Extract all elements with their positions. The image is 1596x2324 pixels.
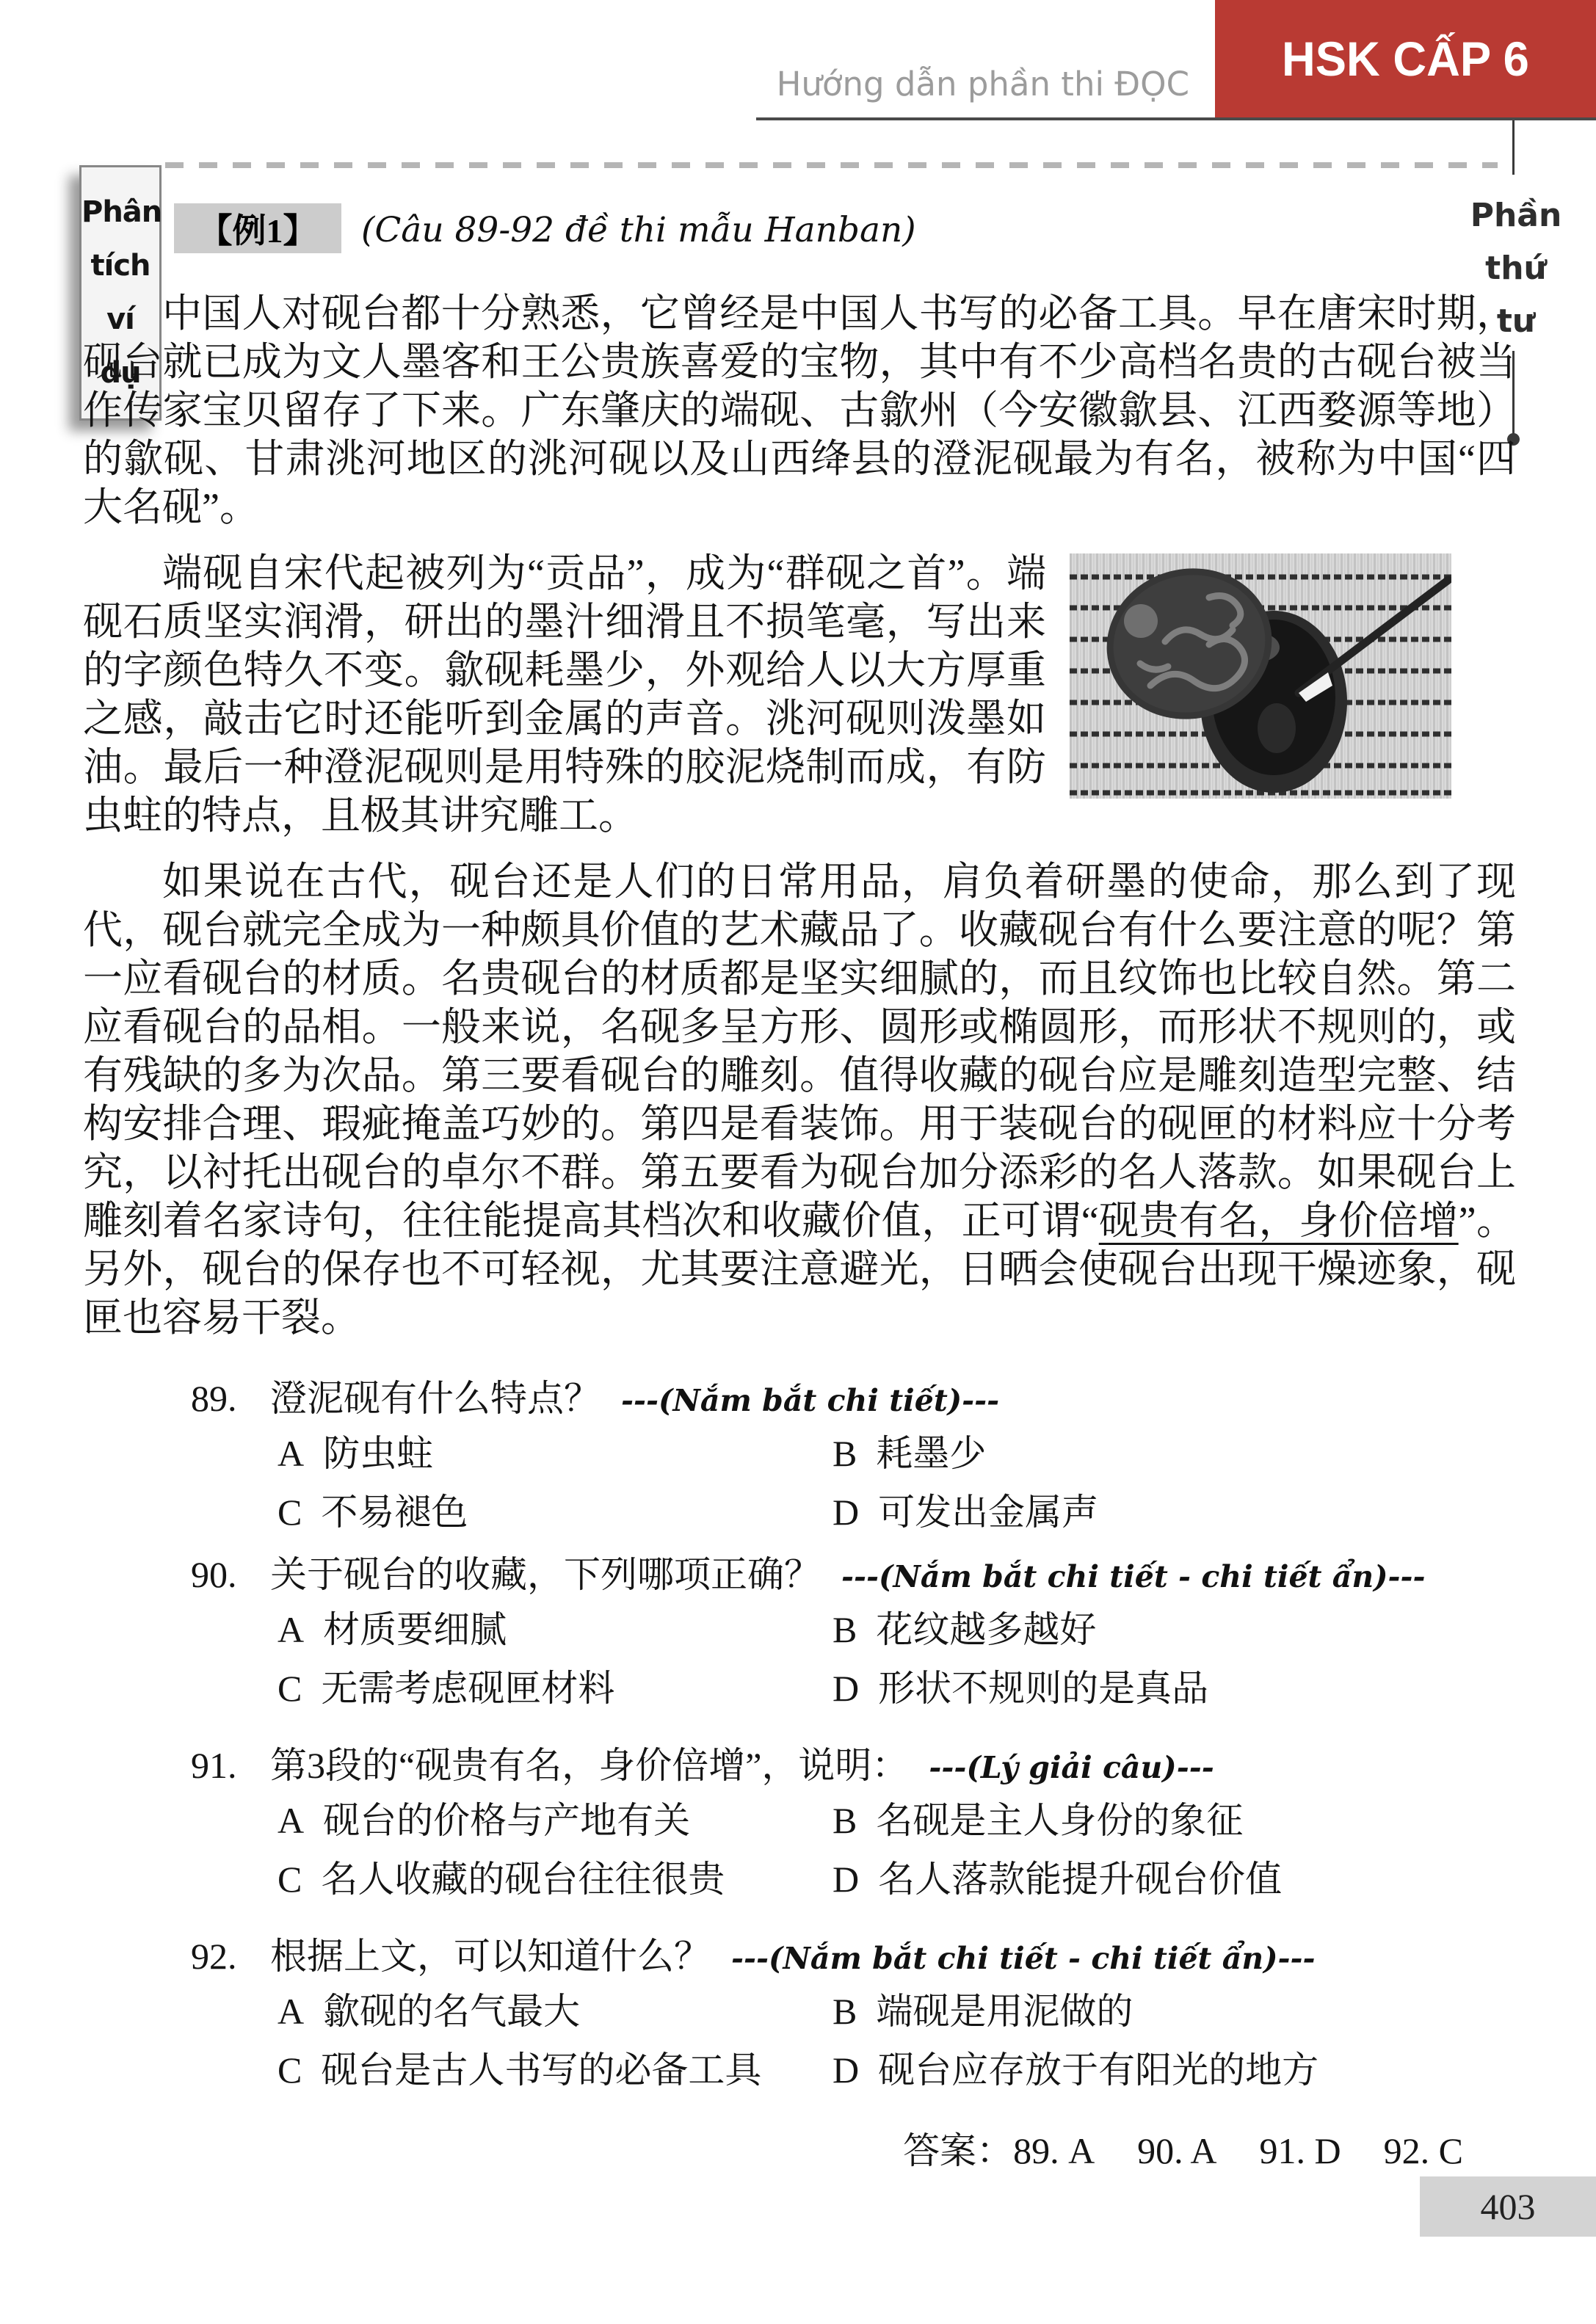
option-b: B名砚是主人身份的象征	[833, 1793, 1516, 1851]
option-label: D	[833, 1660, 859, 1716]
question-text: 澄泥砚有什么特点？	[270, 1378, 601, 1419]
option-text: 名砚是主人身份的象征	[876, 1800, 1243, 1841]
option-label: A	[278, 1983, 304, 2039]
passage-paragraph-3-text: 如果说在古代，砚台还是人们的日常用品，肩负着研墨的使命，那么到了现代，砚台就完全…	[83, 860, 1516, 1243]
option-label: C	[278, 1660, 302, 1716]
part-label-word: thứ	[1461, 242, 1571, 295]
example-source-note: (Câu 89-92 đề thi mẫu Hanban)	[361, 210, 916, 250]
option-b: B耗墨少	[833, 1426, 1516, 1484]
option-label: D	[833, 1851, 859, 1907]
question-text: 根据上文，可以知道什么？	[270, 1936, 711, 1977]
section-header-label: Hướng dẫn phần thi ĐỌC	[661, 65, 1189, 104]
question-header: 90.关于砚台的收藏，下列哪项正确？---(Nắm bắt chi tiết -…	[191, 1553, 1426, 1598]
question-options: A防虫蛀 B耗墨少 C不易褪色 D可发出金属声	[278, 1426, 1516, 1543]
question-header: 91.第3段的“砚贵有名，身价倍增”，说明：---(Lý giải câu)--…	[191, 1744, 1214, 1789]
passage-paragraph-2-text: 端砚自宋代起被列为“贡品”，成为“群砚之首”。端砚石质坚实润滑，研出的墨汁细滑且…	[83, 551, 1046, 838]
option-c: C无需考虑砚匣材料	[278, 1660, 833, 1719]
option-text: 材质要细腻	[323, 1609, 507, 1650]
option-d: D可发出金属声	[833, 1484, 1516, 1543]
answer-line: 答案：89. A90. A91. D92. C	[83, 2121, 1463, 2174]
question-number: 92.	[191, 1935, 270, 1978]
question-number: 90.	[191, 1553, 270, 1596]
option-text: 砚台应存放于有阳光的地方	[878, 2049, 1318, 2091]
page-number: 403	[1420, 2176, 1596, 2237]
option-d: D砚台应存放于有阳光的地方	[833, 2042, 1516, 2101]
question-hint: ---(Nắm bắt chi tiết)---	[621, 1383, 999, 1418]
option-row: A砚台的价格与产地有关 B名砚是主人身份的象征	[278, 1793, 1516, 1851]
option-a: A砚台的价格与产地有关	[278, 1793, 833, 1851]
sidebar-tag-word: Phân	[81, 186, 159, 239]
option-text: 歙砚的名气最大	[323, 1991, 580, 2032]
passage-paragraph-1: 中国人对砚台都十分熟悉，它曾经是中国人书写的必备工具。早在唐宋时期，砚台就已成为…	[83, 289, 1516, 531]
answer-item: 90. A	[1137, 2130, 1216, 2171]
textbook-page: Hướng dẫn phần thi ĐỌC HSK CẤP 6 Phần th…	[0, 0, 1596, 2324]
passage-paragraph-3: 如果说在古代，砚台还是人们的日常用品，肩负着研墨的使命，那么到了现代，砚台就完全…	[83, 857, 1516, 1342]
option-b: B端砚是用泥做的	[833, 1983, 1516, 2042]
answer-item: 91. D	[1260, 2130, 1341, 2171]
part-label-word: Phần	[1461, 189, 1571, 242]
question-options: A歙砚的名气最大 B端砚是用泥做的 C砚台是古人书写的必备工具 D砚台应存放于有…	[278, 1983, 1516, 2101]
option-c: C不易褪色	[278, 1484, 833, 1543]
option-c: C砚台是古人书写的必备工具	[278, 2042, 833, 2101]
option-label: A	[278, 1426, 304, 1481]
option-text: 无需考虑砚匣材料	[321, 1668, 614, 1709]
option-c: C名人收藏的砚台往往很贵	[278, 1851, 833, 1910]
option-label: C	[278, 2042, 302, 2098]
question-hint: ---(Nắm bắt chi tiết - chi tiết ẩn)---	[841, 1559, 1426, 1594]
dashed-separator	[165, 162, 1498, 168]
option-text: 防虫蛀	[323, 1433, 433, 1474]
sidebar-tag-word: tích	[81, 239, 159, 293]
option-a: A材质要细腻	[278, 1602, 833, 1660]
question-options: A砚台的价格与产地有关 B名砚是主人身份的象征 C名人收藏的砚台往往很贵 D名人…	[278, 1793, 1516, 1910]
option-a: A歙砚的名气最大	[278, 1983, 833, 2042]
option-text: 形状不规则的是真品	[878, 1668, 1208, 1709]
option-text: 名人收藏的砚台往往很贵	[321, 1859, 725, 1900]
underlined-phrase: 砚贵有名，身价倍增	[1099, 1199, 1459, 1243]
option-text: 名人落款能提升砚台价值	[878, 1859, 1282, 1900]
option-label: C	[278, 1484, 302, 1540]
question-number: 89.	[191, 1377, 270, 1420]
option-text: 可发出金属声	[878, 1492, 1098, 1533]
option-d: D形状不规则的是真品	[833, 1660, 1516, 1719]
option-text: 花纹越多越好	[876, 1609, 1096, 1650]
option-text: 不易褪色	[321, 1492, 468, 1533]
question-text: 关于砚台的收藏，下列哪项正确？	[270, 1554, 821, 1595]
question-number: 91.	[191, 1744, 270, 1787]
option-row: C不易褪色 D可发出金属声	[278, 1484, 1516, 1543]
level-badge: HSK CẤP 6	[1215, 0, 1596, 117]
option-d: D名人落款能提升砚台价值	[833, 1851, 1516, 1910]
option-row: A歙砚的名气最大 B端砚是用泥做的	[278, 1983, 1516, 2042]
option-row: C名人收藏的砚台往往很贵 D名人落款能提升砚台价值	[278, 1851, 1516, 1910]
question-options: A材质要细腻 B花纹越多越好 C无需考虑砚匣材料 D形状不规则的是真品	[278, 1602, 1516, 1719]
option-row: A材质要细腻 B花纹越多越好	[278, 1602, 1516, 1660]
option-label: B	[833, 1426, 857, 1481]
question-hint: ---(Nắm bắt chi tiết - chi tiết ẩn)---	[731, 1941, 1316, 1976]
inkstone-photo	[1046, 549, 1516, 805]
option-row: A防虫蛀 B耗墨少	[278, 1426, 1516, 1484]
option-text: 耗墨少	[876, 1433, 986, 1474]
example-tag: 【例1】	[174, 203, 341, 253]
option-row: C砚台是古人书写的必备工具 D砚台应存放于有阳光的地方	[278, 2042, 1516, 2101]
option-text: 砚台是古人书写的必备工具	[321, 2049, 761, 2091]
answer-item: 92. C	[1384, 2130, 1463, 2171]
option-a: A防虫蛀	[278, 1426, 833, 1484]
option-b: B花纹越多越好	[833, 1602, 1516, 1660]
question-header: 92.根据上文，可以知道什么？---(Nắm bắt chi tiết - ch…	[191, 1935, 1316, 1980]
reading-passage: 中国人对砚台都十分熟悉，它曾经是中国人书写的必备工具。早在唐宋时期，砚台就已成为…	[83, 289, 1516, 1342]
option-text: 砚台的价格与产地有关	[323, 1800, 690, 1841]
level-badge-text: HSK CẤP 6	[1282, 31, 1529, 87]
question-hint: ---(Lý giải câu)---	[929, 1750, 1214, 1785]
answer-item: 89. A	[1013, 2130, 1095, 2171]
option-text: 端砚是用泥做的	[876, 1991, 1133, 2032]
passage-paragraph-2: 端砚自宋代起被列为“贡品”，成为“群砚之首”。端砚石质坚实润滑，研出的墨汁细滑且…	[83, 549, 1516, 840]
option-row: C无需考虑砚匣材料 D形状不规则的是真品	[278, 1660, 1516, 1719]
option-label: B	[833, 1602, 857, 1657]
header-rule	[756, 117, 1596, 120]
answer-label: 答案：	[903, 2130, 1013, 2171]
option-label: D	[833, 2042, 859, 2098]
question-header: 89.澄泥砚有什么特点？---(Nắm bắt chi tiết)---	[191, 1377, 999, 1422]
option-label: A	[278, 1793, 304, 1848]
option-label: D	[833, 1484, 859, 1540]
option-label: C	[278, 1851, 302, 1907]
option-label: B	[833, 1983, 857, 2039]
question-text: 第3段的“砚贵有名，身价倍增”，说明：	[270, 1745, 908, 1786]
part-divider-line-top	[1512, 120, 1515, 175]
option-label: A	[278, 1602, 304, 1657]
option-label: B	[833, 1793, 857, 1848]
